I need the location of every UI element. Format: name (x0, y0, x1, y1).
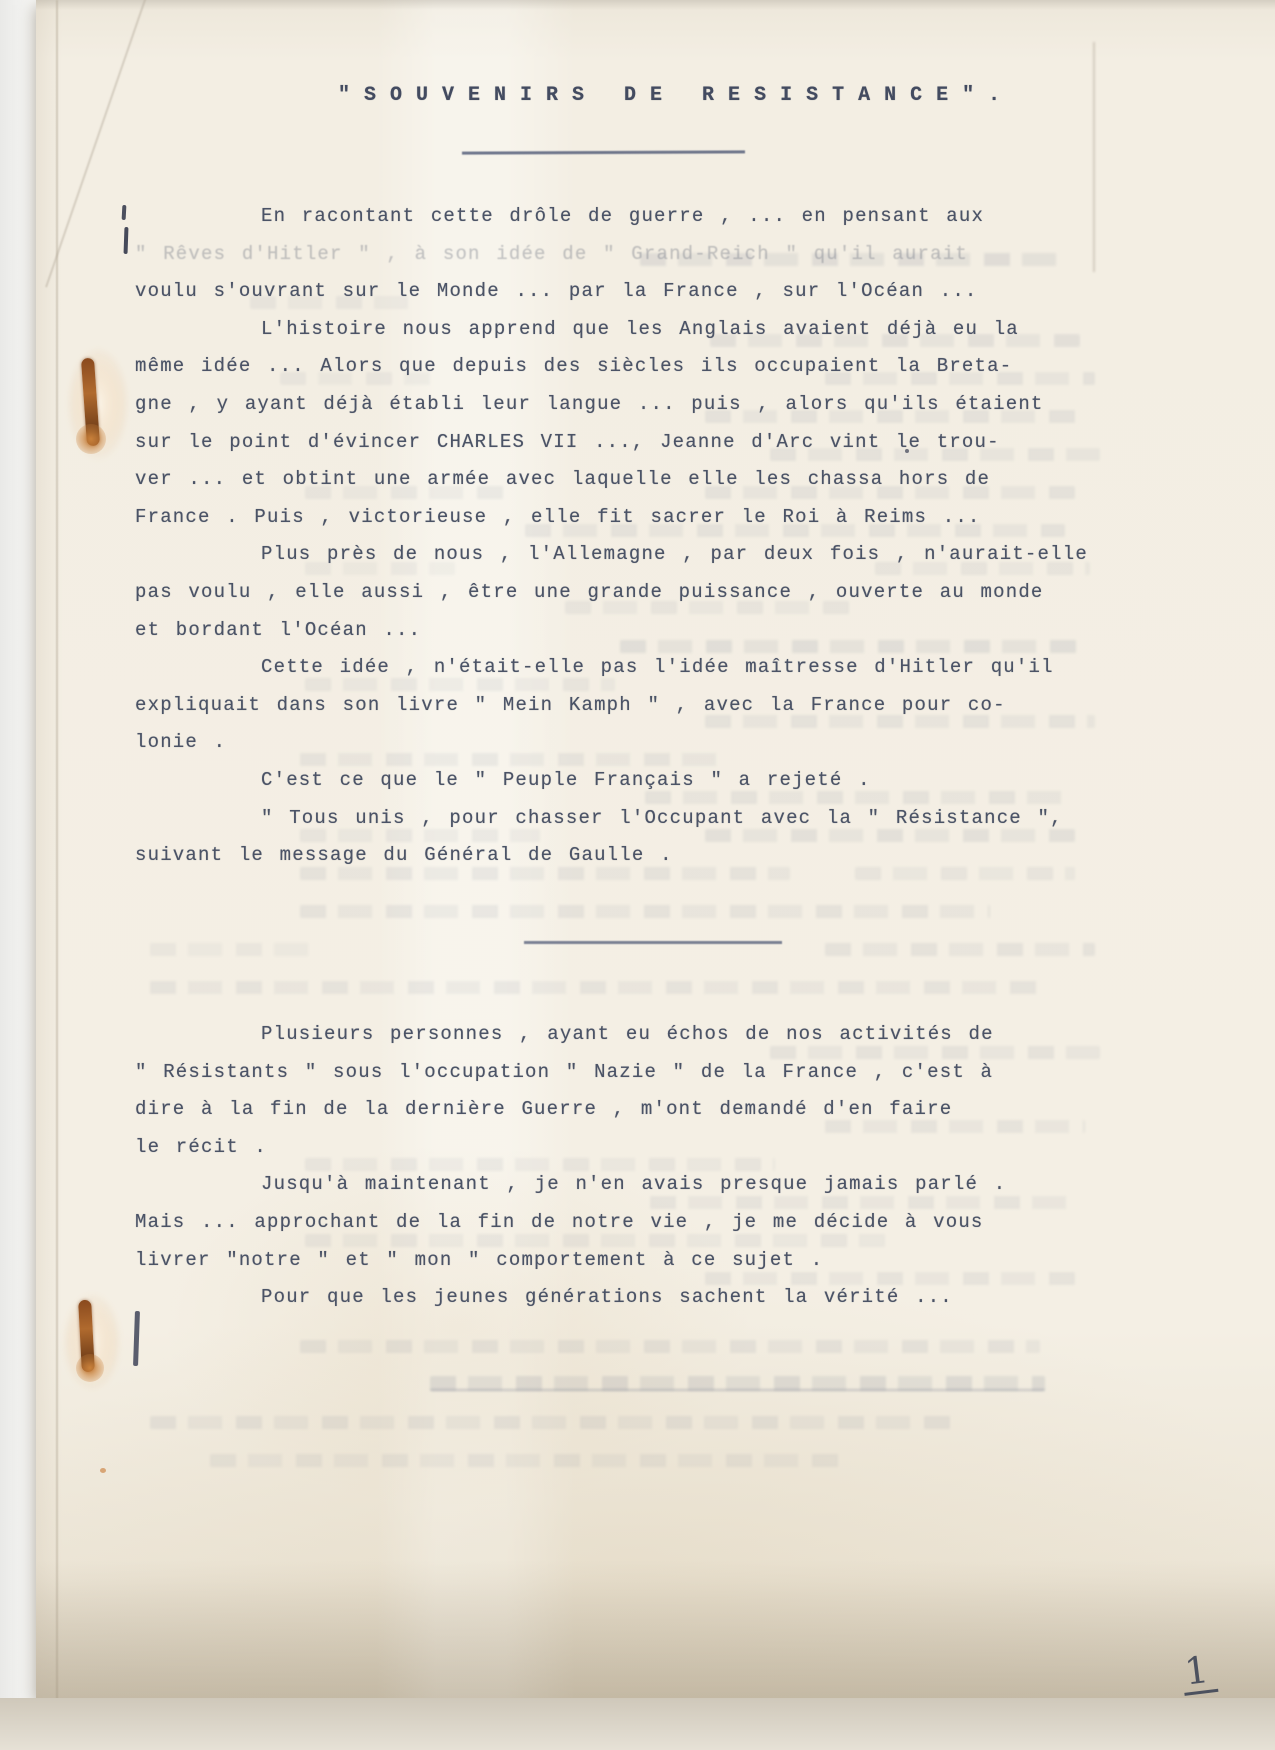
typewritten-line: En racontant cette drôle de guerre , ...… (135, 198, 1088, 236)
typewritten-line: " Résistants " sous l'occupation " Nazie… (135, 1054, 1006, 1092)
page-number: 1 (1180, 1650, 1218, 1696)
page-top-shadow (36, 0, 1275, 10)
rust-speck (100, 1468, 106, 1473)
scanner-background (0, 0, 38, 1750)
section-divider-rule (524, 941, 782, 944)
rusty-staple-icon (56, 1284, 136, 1396)
page-right-crease (1093, 42, 1095, 272)
rusty-staple-icon (58, 336, 138, 466)
scan-bottom-edge (0, 1698, 1275, 1750)
scanned-document-screenshot: { "page": { "title": "\" S O U V E N I R… (0, 0, 1275, 1750)
page-bottom-shadow (36, 1560, 1275, 1698)
document-title: " S O U V E N I R S D E R E S I S T A N … (338, 84, 1001, 107)
ink-speck (905, 449, 909, 453)
margin-pen-mark (122, 205, 127, 220)
